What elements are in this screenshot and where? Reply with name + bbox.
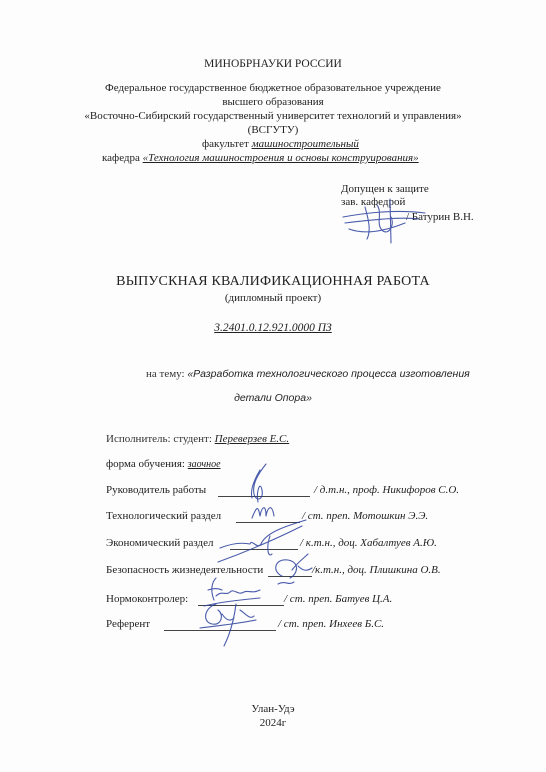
supervisor-signature-line [218, 485, 310, 497]
faculty-value: машиностроительный [252, 138, 359, 150]
supervisor-name: / д.т.н., проф. Никифоров С.О. [314, 484, 459, 496]
performer-line: Исполнитель: студент: Переверзев Е.С. [106, 433, 289, 445]
referee-signature-line [164, 619, 276, 631]
norm-control-name: / ст. преп. Батуев Ц.А. [284, 593, 392, 605]
work-subtitle: (дипломный проект) [0, 292, 546, 304]
work-title: ВЫПУСКНАЯ КВАЛИФИКАЦИОННАЯ РАБОТА [0, 274, 546, 290]
safety-section-label: Безопасность жизнедеятельности [106, 564, 263, 576]
technology-signature-line [236, 511, 300, 523]
safety-signature-line [268, 565, 312, 577]
norm-control-signature-line [198, 594, 284, 606]
referee-name: / ст. преп. Инхеев Б.С. [278, 618, 384, 630]
economic-section-label: Экономический раздел [106, 537, 214, 549]
economic-signature-line [230, 538, 298, 550]
performer-label: Исполнитель: студент: [106, 433, 212, 445]
topic-text-2: детали Опора» [0, 392, 546, 404]
supervisor-label: Руководитель работы [106, 484, 206, 496]
institution-line-2: высшего образования [0, 96, 546, 108]
technology-section-label: Технологический раздел [106, 510, 221, 522]
approval-line-2: зав. кафедрой [341, 196, 405, 208]
referee-label: Референт [106, 618, 150, 630]
approval-head-name: / Батурин В.Н. [406, 211, 474, 223]
document-code: 3.2401.0.12.921.0000 ПЗ [0, 322, 546, 334]
technology-section-name: / ст. преп. Мотошкин Э.Э. [302, 510, 428, 522]
norm-control-label: Нормоконтролер: [106, 593, 188, 605]
economic-section-name: / к.т.н., доц. Хабалтуев А.Ю. [300, 537, 437, 549]
study-form-line: форма обучения: заочное [106, 458, 221, 470]
document-page: МИНОБРНАУКИ РОССИИ Федеральное государст… [0, 0, 546, 772]
topic-line-1: на тему: «Разработка технологического пр… [146, 368, 470, 380]
approval-line-1: Допущен к защите [341, 183, 429, 195]
university-abbreviation: (ВСГУТУ) [0, 124, 546, 136]
topic-label: на тему: [146, 368, 185, 380]
topic-text-1: «Разработка технологического процесса из… [187, 368, 469, 380]
study-form-value: заочное [188, 459, 221, 470]
year: 2024г [0, 717, 546, 729]
city: Улан-Удэ [0, 703, 546, 715]
department-line: кафедра «Технология машиностроения и осн… [102, 152, 419, 164]
ministry-heading: МИНОБРНАУКИ РОССИИ [0, 58, 546, 70]
department-label: кафедра [102, 152, 140, 164]
study-form-label: форма обучения: [106, 458, 185, 470]
institution-line-1: Федеральное государственное бюджетное об… [0, 82, 546, 94]
faculty-label: факультет [202, 138, 249, 150]
safety-section-name: /к.т.н., доц. Плишкина О.В. [312, 564, 441, 576]
faculty-line: факультет машиностроительный [202, 138, 359, 150]
university-name: «Восточно-Сибирский государственный унив… [0, 110, 546, 122]
performer-name: Переверзев Е.С. [215, 433, 289, 445]
department-value: «Технология машиностроения и основы конс… [143, 152, 419, 164]
